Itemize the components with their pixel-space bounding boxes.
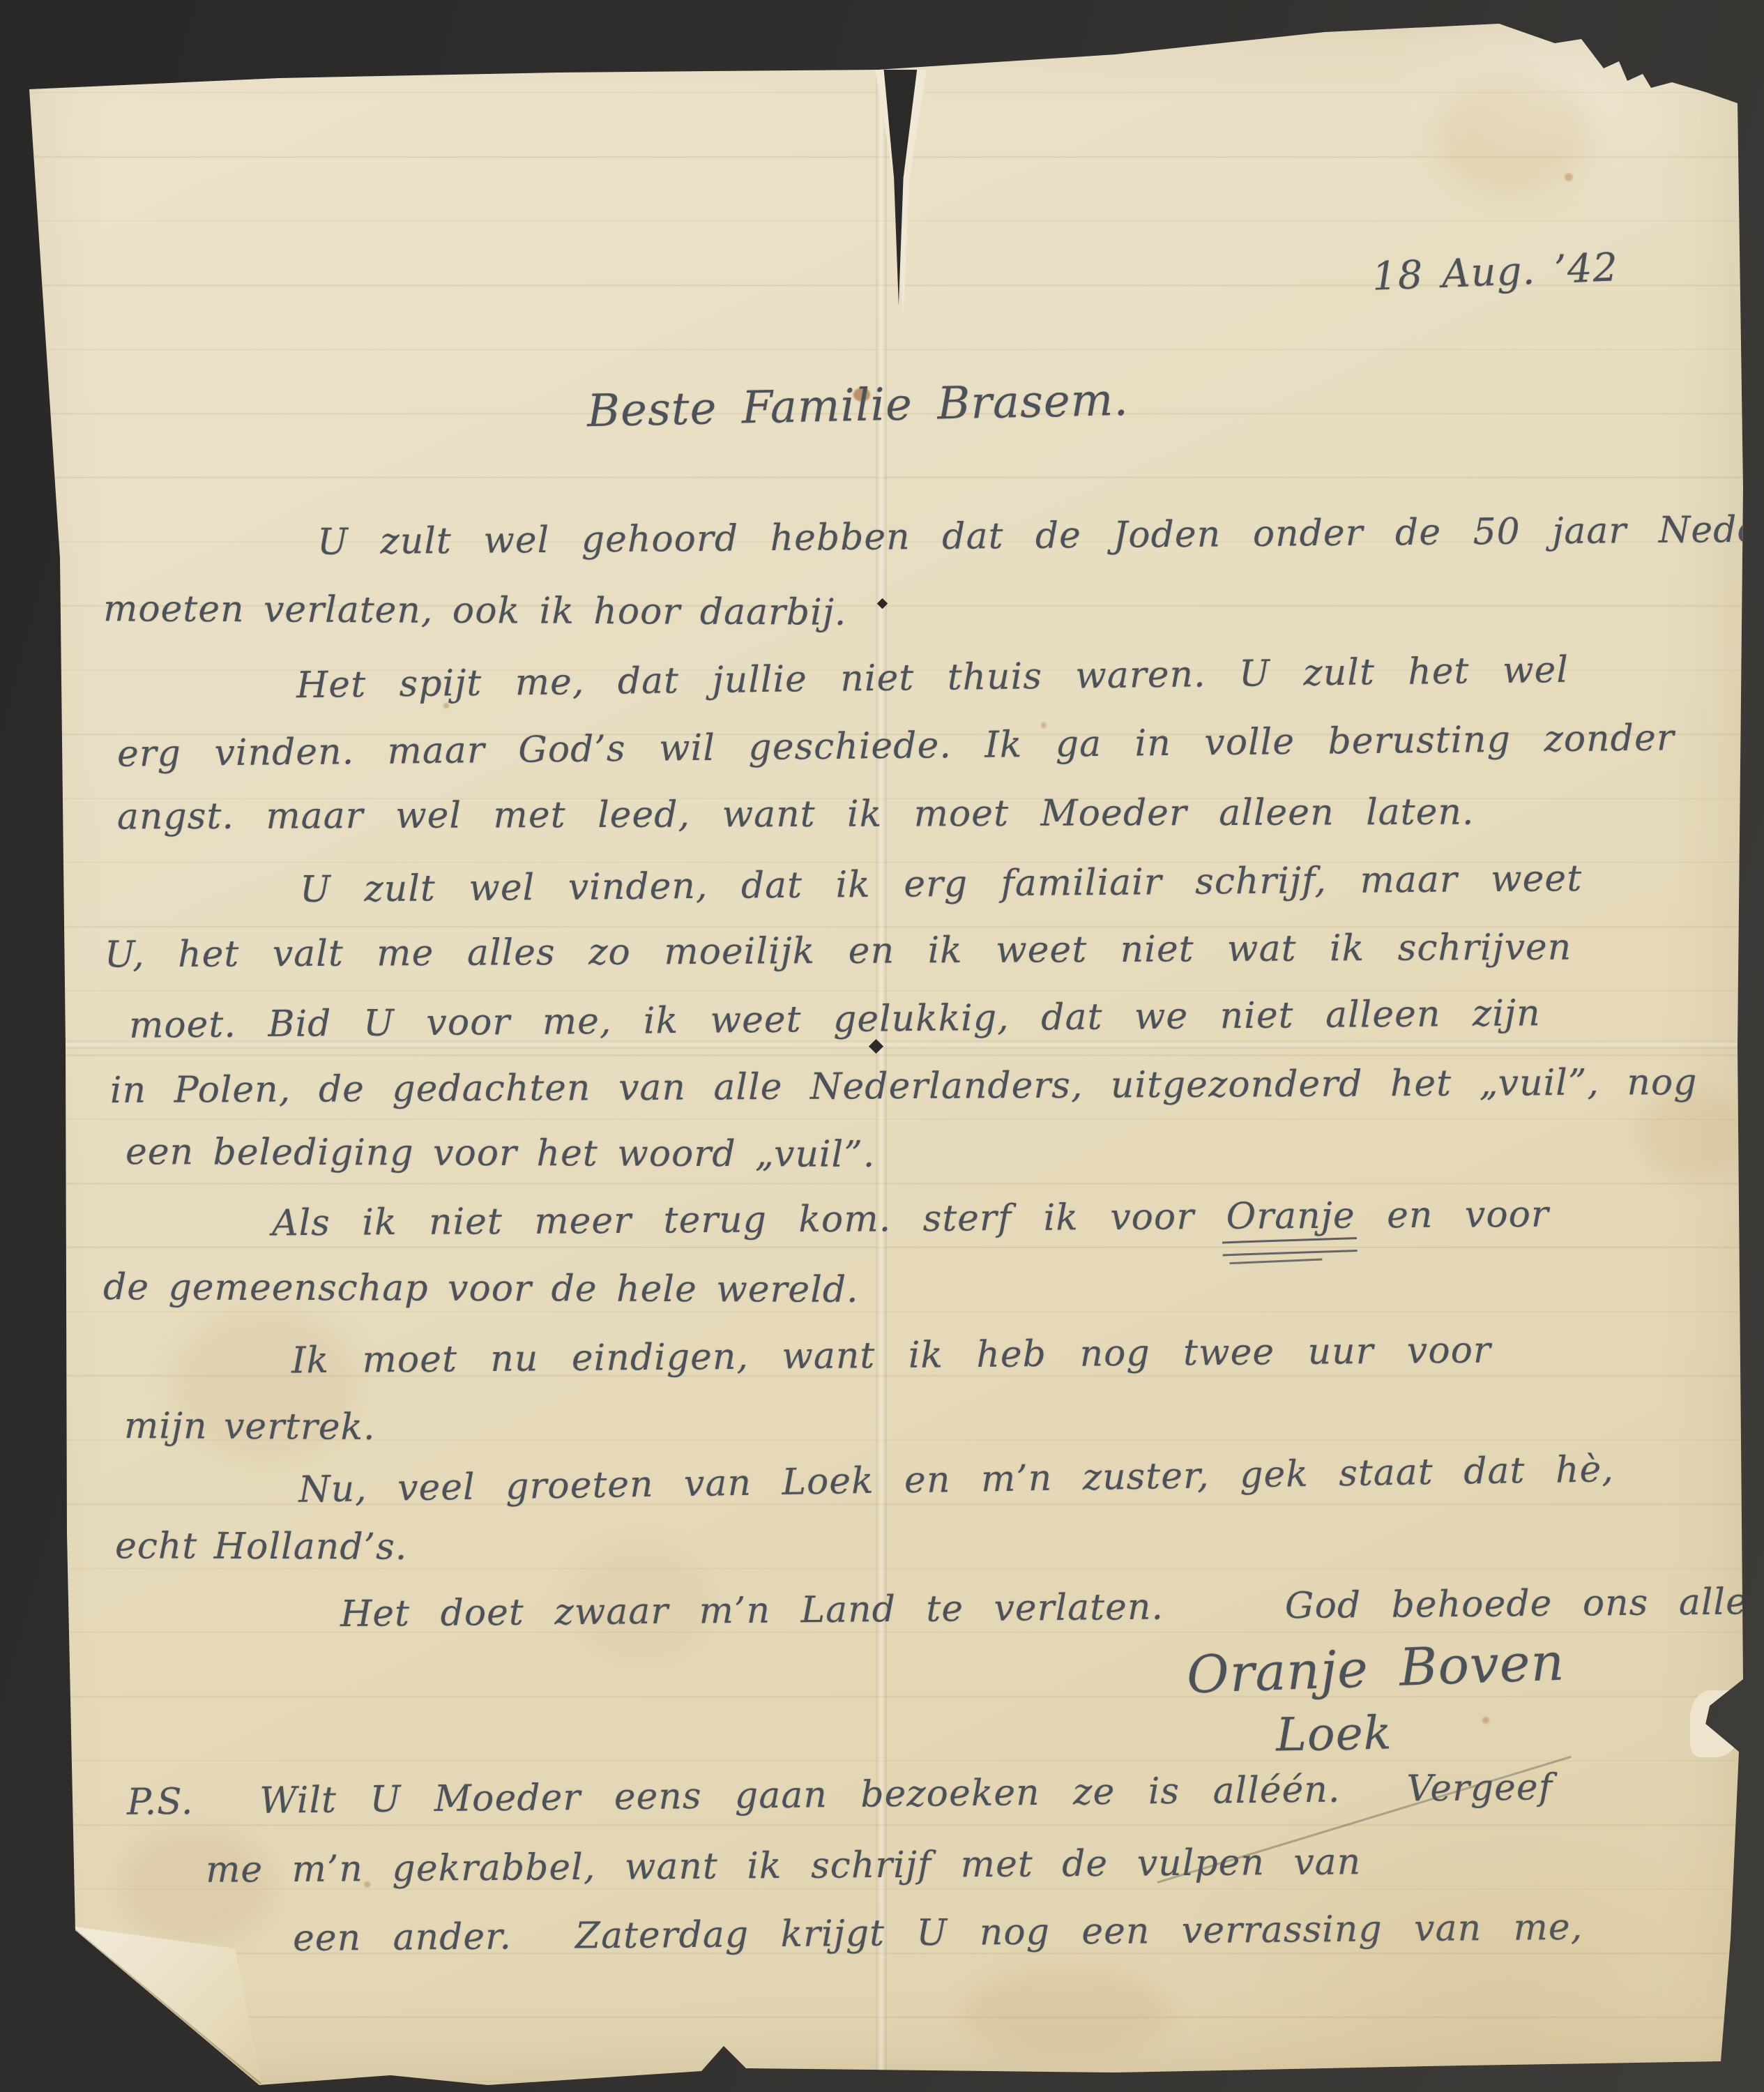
letter-line: angst. maar wel met leed, want ik moet M… [117, 794, 1475, 835]
foxing-dot [1482, 1717, 1489, 1724]
letter-line: U, het valt me alles zo moeilijk en ik w… [105, 929, 1572, 973]
postscript-line: een ander. Zaterdag krijgt U nog een ver… [293, 1909, 1583, 1957]
paper-tear-right-edge [1690, 1690, 1742, 1757]
dog-ear-fold [70, 1926, 262, 2088]
letter-signature: Loek [1275, 1706, 1392, 1762]
letter-line: Als ik niet meer terug kom. sterf ik voo… [272, 1197, 1549, 1242]
letter-line: moeten verlaten, ook ik hoor daarbij. [103, 591, 847, 631]
underlined-word: Oranje [1226, 1195, 1355, 1238]
letter-date: 18 Aug. ’42 [1371, 245, 1619, 300]
foxing-dot [1565, 173, 1573, 181]
letter-line: in Polen, de gedachten van alle Nederlan… [110, 1064, 1698, 1109]
letter-paper: 18 Aug. ’42 Beste Familie Brasem. U zult… [0, 0, 1764, 2092]
letter-line: Ik moet nu eindigen, want ik heb nog twe… [291, 1332, 1491, 1379]
letter-line: mijn vertrek. [124, 1408, 376, 1446]
letter-line: de gemeenschap voor de hele wereld. [103, 1269, 859, 1308]
letter-line: echt Holland’s. [115, 1528, 407, 1565]
letter-line: een belediging voor het woord „vuil”. [126, 1134, 875, 1173]
stain [962, 1966, 1171, 2057]
letter-line: U zult wel vinden, dat ik erg familiair … [300, 861, 1583, 908]
postscript-line: me m’n gekrabbel, want ik schrijf met de… [206, 1844, 1362, 1888]
